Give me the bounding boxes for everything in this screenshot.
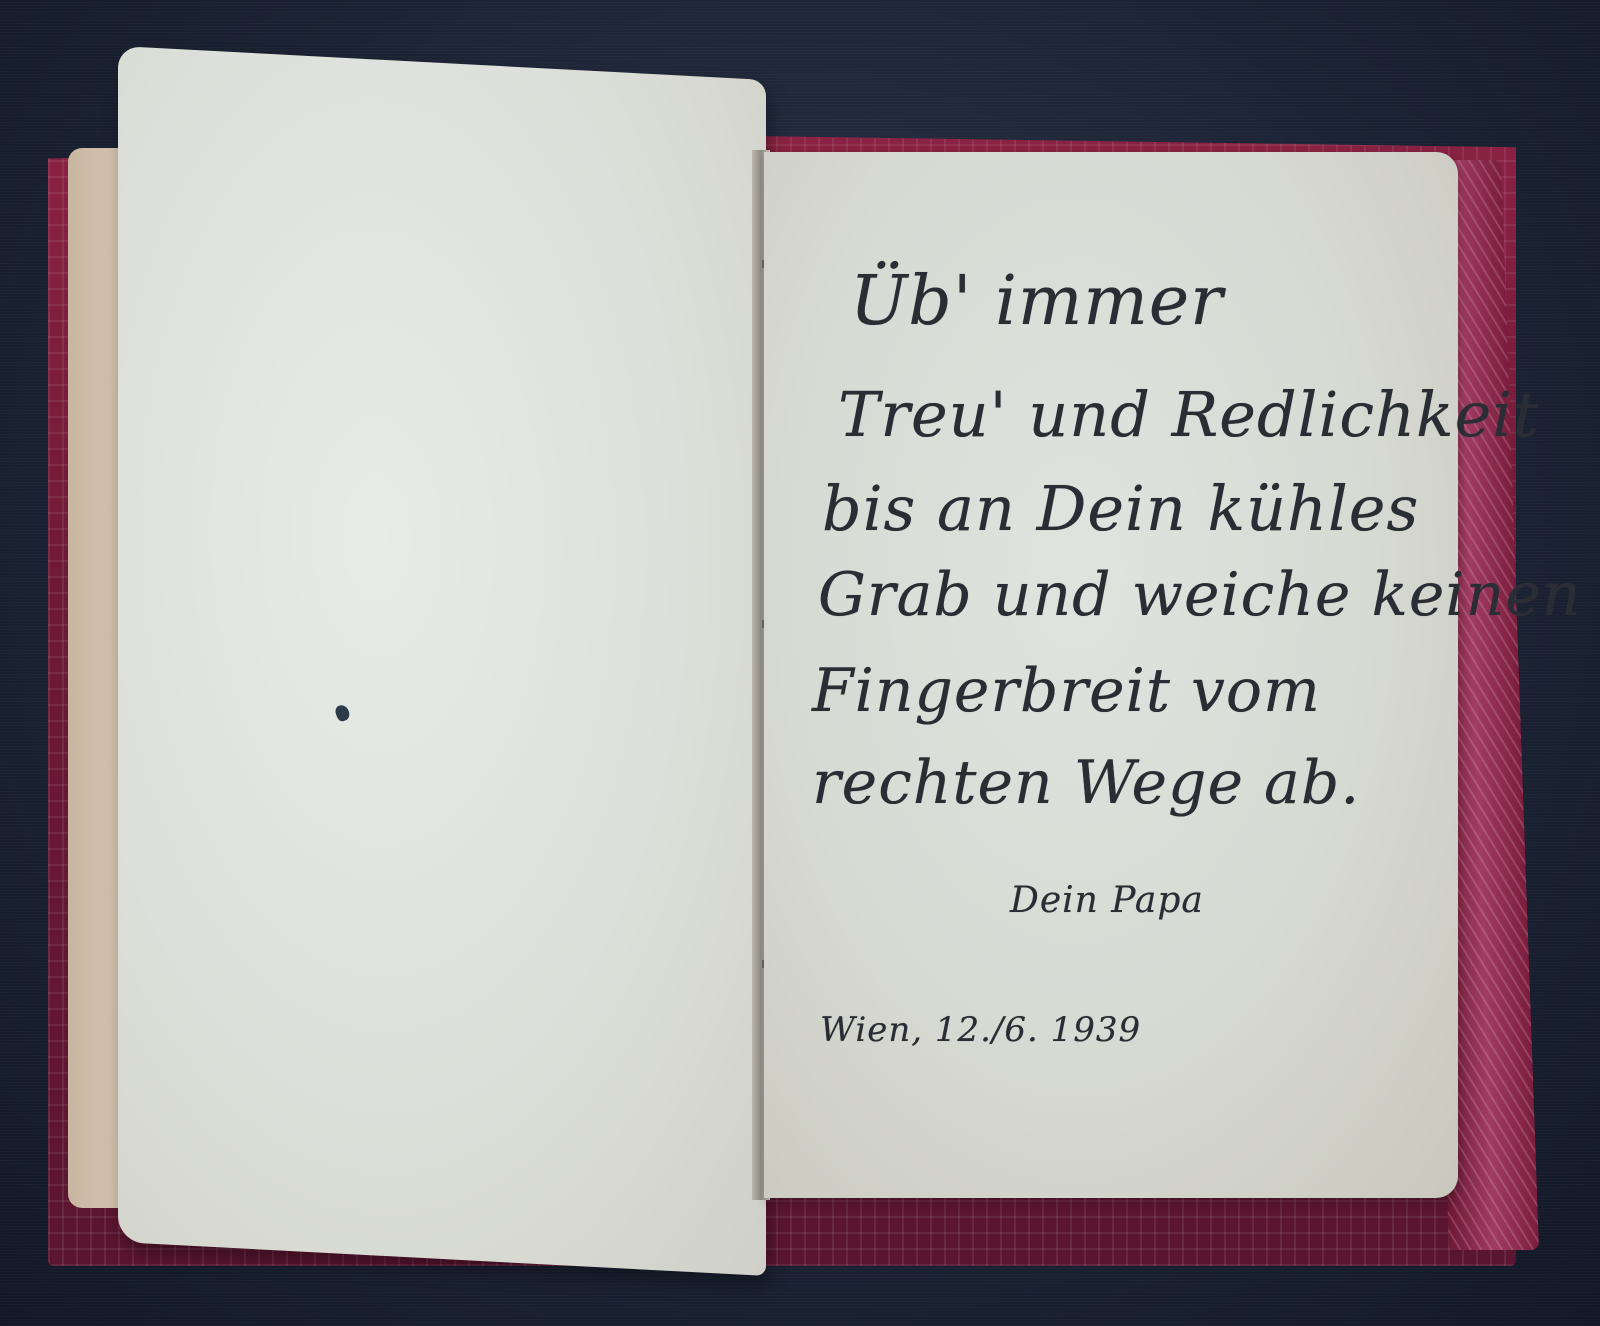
left-blank-page — [118, 46, 766, 1276]
photo-scene: Üb' immer Treu' und Redlichkeit bis an D… — [0, 0, 1600, 1326]
place-date: Wien, 12./6. 1939 — [820, 1010, 1141, 1050]
dedication-line-2: Treu' und Redlichkeit — [838, 378, 1539, 451]
dedication-line-5: Fingerbreit vom — [812, 656, 1321, 726]
signature: Dein Papa — [1010, 880, 1204, 921]
dedication-line-1: Üb' immer — [850, 262, 1224, 341]
dedication-line-3: bis an Dein kühles — [822, 472, 1419, 545]
dedication-line-6: rechten Wege ab. — [812, 748, 1360, 818]
dedication-line-4: Grab und weiche keinen — [818, 560, 1581, 630]
